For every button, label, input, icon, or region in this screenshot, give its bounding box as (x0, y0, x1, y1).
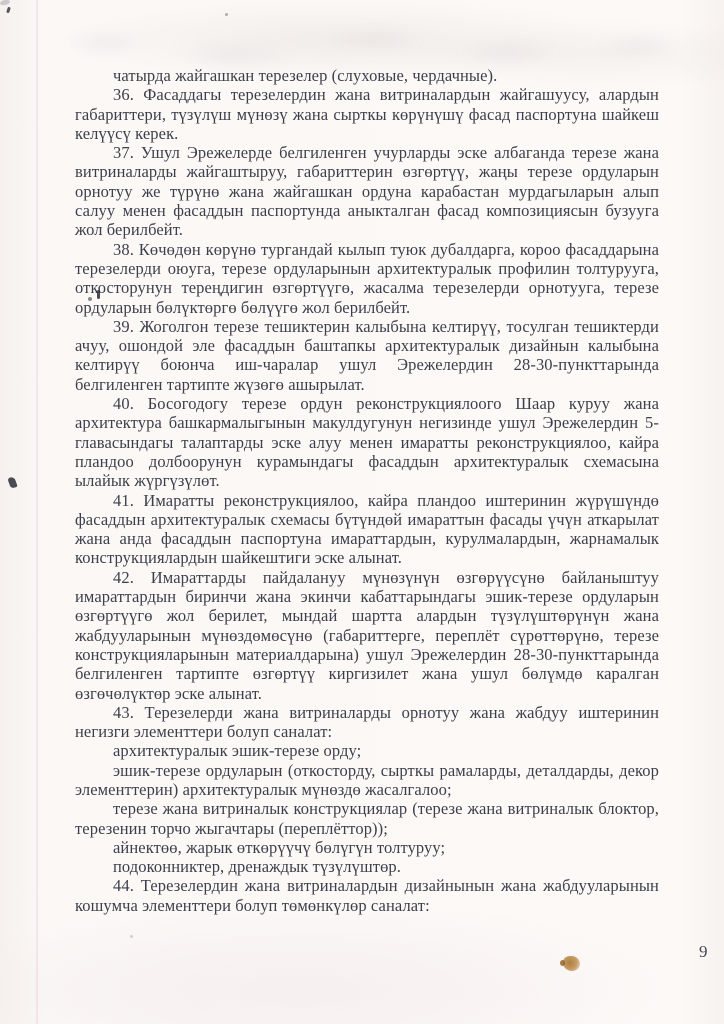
paragraph-continuation: чатырда жайгашкан терезелер (слуховые, ч… (75, 66, 659, 85)
paragraph-41: 41. Имаратты реконструкциялоо, кайра пла… (75, 491, 659, 568)
paragraph-39: 39. Жоголгон терезе тешиктерин калыбына … (75, 317, 659, 394)
margin-ink-dot (88, 297, 92, 301)
faint-top-right-smudge (0, 0, 10, 6)
paragraph-36: 36. Фасаддагы терезелердин жана витринал… (75, 85, 659, 143)
left-edge-ink-blot (7, 476, 17, 489)
list-item-opening-decoration: эшик-терезе ордуларын (откосторду, сыртк… (75, 761, 659, 800)
scanned-document-page: чатырда жайгашкан терезелер (слуховые, ч… (0, 0, 724, 1024)
paragraph-40: 40. Босогодогу терезе ордун реконструкци… (75, 394, 659, 490)
document-body: чатырда жайгашкан терезелер (слуховые, ч… (75, 66, 659, 915)
page-number: 9 (699, 942, 708, 962)
paragraph-44: 44. Терезелердин жана витриналардын диза… (75, 876, 659, 915)
ink-speck-top-left (6, 7, 11, 14)
list-item-sills: подоконниктер, дренаждык түзүлүштөр. (75, 857, 659, 876)
dust-speck (225, 13, 228, 16)
brown-stain (563, 956, 580, 971)
list-item-constructions: терезе жана витриналык конструкциялар (т… (75, 799, 659, 838)
paragraph-42: 42. Имараттарды пайдалануу мүнөзүнүн өзг… (75, 568, 659, 703)
margin-ink-mark (97, 290, 100, 299)
paragraph-43-intro: 43. Терезелерди жана витриналарды орноту… (75, 703, 659, 742)
brown-stain-dot (560, 960, 565, 966)
dust-speck-bottom (130, 935, 133, 938)
list-item-window-opening: архитектуралык эшик-терезе орду; (75, 741, 659, 760)
list-item-glazing: айнектөө, жарык өткөрүүчү бөлүгүн толтур… (75, 838, 659, 857)
paragraph-37: 37. Ушул Эрежелерде белгиленген учурлард… (75, 143, 659, 239)
paragraph-38: 38. Көчөдөн көрүнө тургандай кылып туюк … (75, 240, 659, 317)
scan-fold-line (36, 0, 38, 1024)
